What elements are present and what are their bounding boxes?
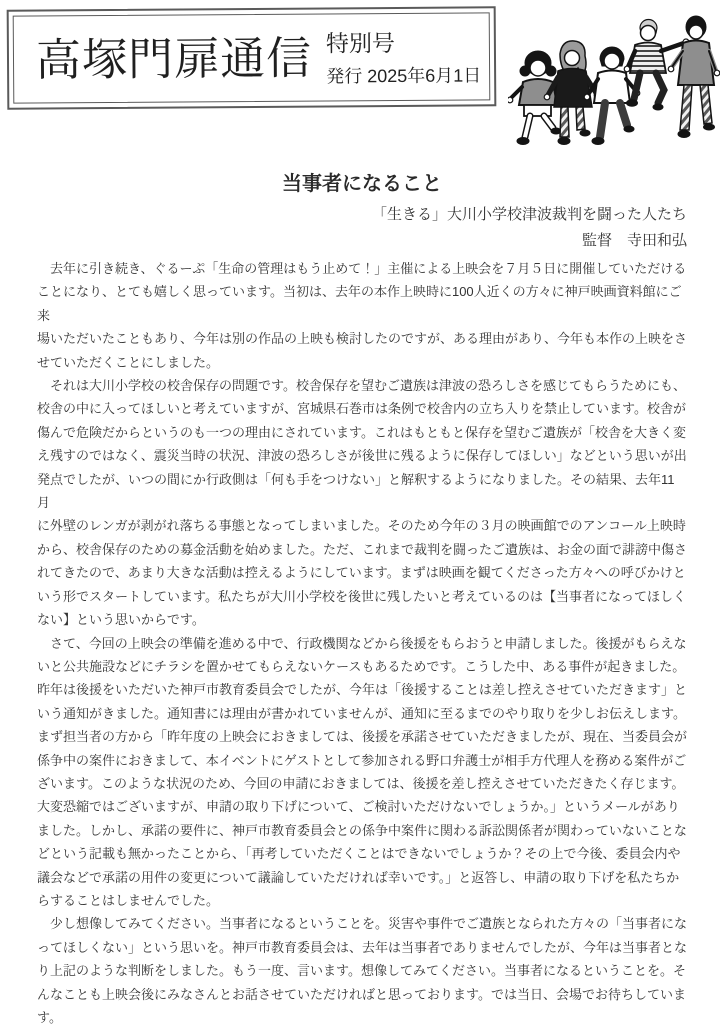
running-children-illustration	[508, 10, 720, 148]
kid-5	[668, 16, 720, 138]
article: 当事者になること 「生きる」大川小学校津波裁判を闘った人たち 監督 寺田和弘 去…	[0, 174, 724, 1024]
paragraph-3: さて、今回の上映会の準備を進める中で、行政機関などから後援をもらおうと申請しまし…	[37, 632, 687, 913]
kid-4	[624, 20, 689, 110]
article-body: 去年に引き続き、ぐるーぷ「生命の管理はもう止めて！」主催による上映会を７月５日に…	[37, 257, 687, 1024]
paragraph-2: それは大川小学校の校舎保存の問題です。校舎保存を望むご遺族は津波の恐ろしさを感じ…	[37, 374, 687, 631]
masthead-title-box: 高塚門扉通信 特別号 発行 2025年6月1日	[7, 6, 497, 109]
article-subtitle: 「生きる」大川小学校津波裁判を闘った人たち	[37, 206, 687, 223]
publish-date: 発行 2025年6月1日	[326, 66, 481, 85]
masthead-title-box-inner: 高塚門扉通信 特別号 発行 2025年6月1日	[13, 12, 491, 103]
masthead: 高塚門扉通信 特別号 発行 2025年6月1日	[0, 0, 724, 150]
issue-label: 特別号	[326, 31, 481, 55]
paragraph-1: 去年に引き続き、ぐるーぷ「生命の管理はもう止めて！」主催による上映会を７月５日に…	[37, 257, 687, 374]
newsletter-title: 高塚門扉通信	[36, 35, 312, 82]
article-heading: 当事者になること	[37, 174, 687, 194]
newsletter-page: { "colors": { "background": "#ffffff", "…	[0, 0, 724, 1024]
paragraph-4: 少し想像してみてください。当事者になるということを。災害や事件でご遺族となられた…	[37, 912, 687, 1024]
article-credit: 監督 寺田和弘	[37, 232, 687, 249]
issue-block: 特別号 発行 2025年6月1日	[326, 29, 481, 85]
